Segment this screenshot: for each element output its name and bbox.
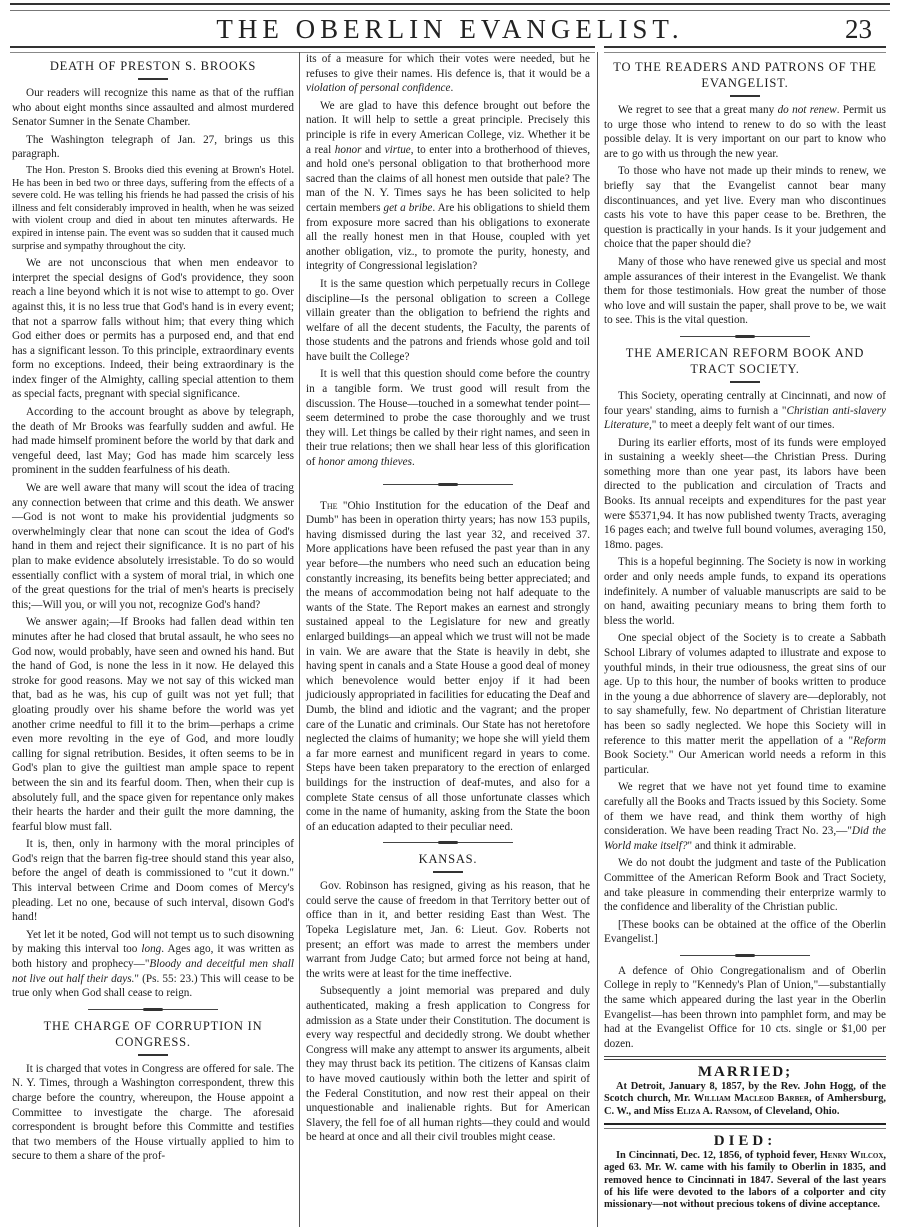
died-heading: DIED: — [604, 1134, 886, 1149]
lead-word: The — [320, 500, 338, 512]
article-heading-death-of-brooks: DEATH OF PRESTON S. BROOKS — [12, 58, 294, 74]
article-paragraph: Yet let it be noted, God will not tempt … — [12, 928, 294, 1001]
article-paragraph: It is well that this question should com… — [306, 367, 590, 469]
text-run: We regret that we have not yet found tim… — [604, 781, 886, 837]
column-left: DEATH OF PRESTON S. BROOKS Our readers w… — [12, 52, 294, 1167]
text-run: Book Society." Our American world needs … — [604, 749, 886, 776]
top-rule — [10, 3, 890, 11]
bride-name: Eliza A. Ransom — [676, 1106, 748, 1117]
text-run: . — [450, 82, 453, 94]
section-divider — [383, 842, 513, 843]
obituary-notice: In Cincinnati, Dec. 12, 1856, of typhoid… — [604, 1150, 886, 1212]
article-paragraph: We are well aware that many will scout t… — [12, 481, 294, 612]
newspaper-page: THE OBERLIN EVANGELIST. 23 DEATH OF PRES… — [0, 0, 900, 1230]
column-right: TO THE READERS AND PATRONS OF THE EVANGE… — [604, 52, 886, 1212]
text-run: In Cincinnati, Dec. 12, 1856, of typhoid… — [616, 1150, 820, 1161]
column-middle: its of a measure for which their votes w… — [306, 52, 590, 1148]
article-paragraph: One special object of the Society is to … — [604, 631, 886, 777]
article-paragraph: We regret that we have not yet found tim… — [604, 780, 886, 853]
married-notice: At Detroit, January 8, 1857, by the Rev.… — [604, 1081, 886, 1118]
article-heading-reform-society: THE AMERICAN REFORM BOOK AND TRACT SOCIE… — [604, 345, 886, 377]
article-paragraph-deaf-dumb: The "Ohio Institution for the education … — [306, 499, 590, 835]
article-paragraph: Gov. Robinson has resigned, giving as hi… — [306, 879, 590, 981]
heading-rule — [138, 1054, 168, 1056]
article-heading-kansas: KANSAS. — [306, 851, 590, 867]
emphasis: Reform — [853, 735, 886, 747]
article-paragraph: [These books can be obtained at the offi… — [604, 918, 886, 947]
heading-rule — [433, 871, 463, 873]
article-paragraph: We answer again;—If Brooks had fallen de… — [12, 615, 294, 834]
article-paragraph: This Society, operating centrally at Cin… — [604, 389, 886, 433]
article-paragraph: Subsequently a joint memorial was prepar… — [306, 984, 590, 1145]
text-run: . — [412, 456, 415, 468]
text-run: " to meet a deeply felt want of our time… — [652, 419, 835, 431]
article-paragraph: It is charged that votes in Congress are… — [12, 1062, 294, 1164]
heading-rule — [730, 95, 760, 97]
notice-rule — [604, 1056, 886, 1060]
article-paragraph-defence: A defence of Ohio Congregationalism and … — [604, 964, 886, 1052]
emphasis: honor among thieves — [318, 456, 412, 468]
text-run: its of a measure for which their votes w… — [306, 53, 590, 80]
column-divider — [299, 52, 300, 1227]
article-paragraph: This is a hopeful beginning. The Society… — [604, 555, 886, 628]
emphasis: long — [141, 943, 161, 955]
article-paragraph: We regret to see that a great many do no… — [604, 103, 886, 161]
page-number: 23 — [845, 14, 872, 45]
emphasis: get a bribe — [383, 202, 432, 214]
emphasis: violation of personal confidence — [306, 82, 450, 94]
text-run: " and think it admirable. — [688, 840, 797, 852]
text-run: "Ohio Institution for the education of t… — [306, 500, 590, 833]
heading-rule — [138, 78, 168, 80]
article-paragraph: According to the account brought as abov… — [12, 405, 294, 478]
groom-name: William Macleod Barber — [694, 1093, 809, 1104]
article-heading-corruption: THE CHARGE OF CORRUPTION IN CONGRESS. — [12, 1018, 294, 1050]
masthead: THE OBERLIN EVANGELIST. 23 — [0, 14, 900, 44]
article-paragraph: During its earlier efforts, most of its … — [604, 436, 886, 553]
article-paragraph: It is, then, only in harmony with the mo… — [12, 837, 294, 925]
article-heading-readers: TO THE READERS AND PATRONS OF THE EVANGE… — [604, 59, 886, 91]
text-run: One special object of the Society is to … — [604, 632, 886, 746]
married-heading: MARRIED; — [604, 1065, 886, 1080]
section-divider — [383, 484, 513, 485]
emphasis: honor — [335, 144, 362, 156]
notice-rule — [604, 1123, 886, 1129]
emphasis: virtue — [385, 144, 411, 156]
telegraph-quote: The Hon. Preston S. Brooks died this eve… — [12, 165, 294, 253]
article-paragraph: The Washington telegraph of Jan. 27, bri… — [12, 133, 294, 162]
text-run: and — [361, 144, 384, 156]
text-run: We regret to see that a great many — [618, 104, 778, 116]
newspaper-title: THE OBERLIN EVANGELIST. — [0, 14, 900, 45]
article-paragraph: It is the same question which perpetuall… — [306, 277, 590, 365]
section-divider — [680, 336, 810, 337]
article-paragraph: Many of those who have renewed give us s… — [604, 255, 886, 328]
article-paragraph: its of a measure for which their votes w… — [306, 52, 590, 96]
column-divider — [597, 52, 598, 1227]
masthead-rule-right — [604, 46, 886, 53]
section-divider — [680, 955, 810, 956]
article-paragraph: We are not unconscious that when men end… — [12, 256, 294, 402]
heading-rule — [730, 381, 760, 383]
deceased-name: Henry Wilcox — [820, 1150, 884, 1161]
text-run: , of Cleveland, Ohio. — [749, 1106, 840, 1117]
article-paragraph: We do not doubt the judgment and taste o… — [604, 856, 886, 914]
text-run: It is well that this question should com… — [306, 368, 590, 468]
section-divider — [88, 1009, 218, 1010]
article-paragraph: Our readers will recognize this name as … — [12, 86, 294, 130]
emphasis: do not renew — [778, 104, 837, 116]
article-paragraph: To those who have not made up their mind… — [604, 164, 886, 252]
article-paragraph: We are glad to have this defence brought… — [306, 99, 590, 274]
